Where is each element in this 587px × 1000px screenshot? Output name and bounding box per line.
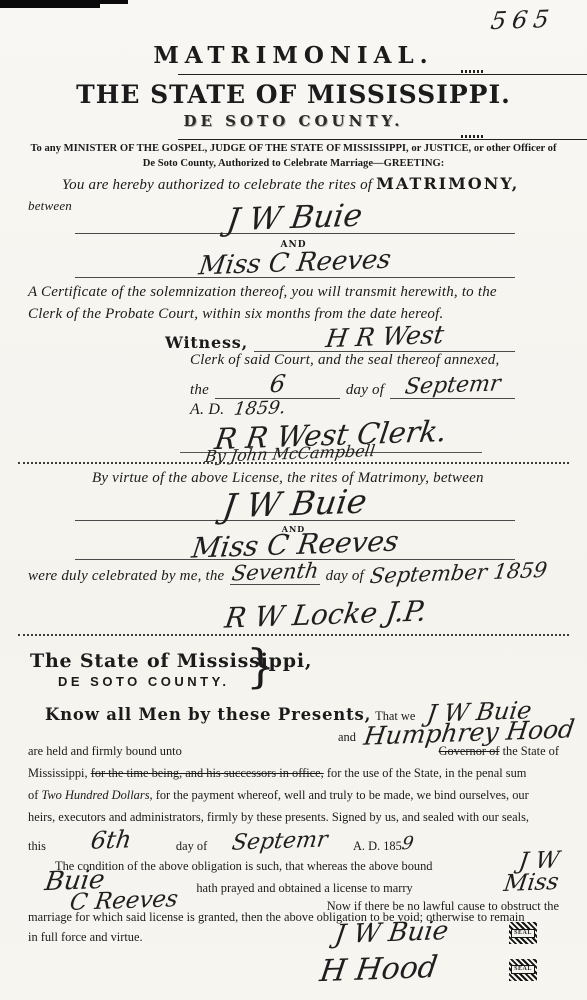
document-title: MATRIMONIAL.: [0, 42, 587, 69]
return-bride-line: Miss C Reeves: [75, 528, 515, 560]
force-virtue-text: in full force and virtue.: [28, 930, 143, 945]
page-number-handwritten: 565: [489, 5, 557, 35]
of-text: of: [28, 788, 38, 802]
ornamental-divider: [178, 74, 587, 75]
section-divider-wavy: [18, 462, 569, 464]
county-heading: DE SOTO COUNTY.: [0, 112, 587, 130]
groom-name-handwritten: J W Buie: [225, 198, 365, 239]
seal-stamp: SEAL: [509, 959, 537, 981]
month-blank: Septemr: [390, 373, 515, 399]
governor-struck-text: Governor of: [439, 744, 500, 758]
brace-glyph: }: [246, 644, 275, 688]
witness-row: Witness, H R West: [165, 322, 515, 352]
witness-name-line: H R West: [254, 322, 515, 352]
between-label: between: [28, 198, 72, 214]
principal-signature-handwritten: J W Buie: [333, 916, 450, 950]
and-label: and: [338, 730, 356, 744]
officiant-signature: R W Locke J.P.: [225, 598, 426, 631]
salutation-line-2: De Soto County, Authorized to Celebrate …: [0, 158, 587, 169]
state-of-text: the State of: [503, 744, 559, 758]
certificate-clause-line-1: A Certificate of the solemnization there…: [28, 284, 497, 301]
day-of-label: day of: [346, 382, 384, 399]
signature-row-2: H Hood SEAL: [320, 952, 537, 987]
authorization-text: You are hereby authorized to celebrate t…: [62, 177, 372, 193]
matrimony-word: MATRIMONY,: [376, 174, 519, 193]
certificate-clause-line-2: Clerk of the Probate Court, within six m…: [28, 306, 443, 323]
return-groom-handwritten: J W Buie: [220, 481, 369, 525]
scanned-marriage-license-document: 565 MATRIMONIAL. THE STATE OF MISSISSIPP…: [0, 0, 587, 1000]
seal-label: SEAL: [511, 929, 535, 938]
mississippi-text: Mississippi,: [28, 766, 88, 780]
penal-sum-amount: Two Hundred Dollars,: [41, 788, 152, 802]
the-label: the: [190, 382, 209, 399]
payment-text: for the payment whereof, well and truly …: [156, 788, 529, 802]
know-all-label: Know all Men by these Presents,: [45, 705, 371, 724]
celebrated-day-handwritten: Seventh: [230, 558, 320, 585]
day-of-label: day of: [326, 568, 364, 585]
officiant-signature-handwritten: R W Locke J.P.: [223, 594, 429, 634]
celebrated-row: were duly celebrated by me, the Seventh …: [28, 560, 547, 585]
celebrated-day-blank: Seventh: [230, 560, 319, 585]
seal-stamp: SEAL: [509, 922, 537, 944]
authorization-line: You are hereby authorized to celebrate t…: [62, 174, 519, 194]
this-label: this: [28, 839, 46, 854]
return-groom-line: J W Buie: [75, 484, 515, 521]
bride-name-line: Miss C Reeves: [75, 248, 515, 278]
bond-line-2: Mississippi, for the time being, and his…: [28, 766, 526, 781]
ad-label: A. D.: [190, 401, 224, 418]
ornamental-divider: [178, 139, 587, 140]
surety-signature-handwritten: H Hood: [318, 950, 440, 989]
bond-line-4: heirs, executors and administrators, fir…: [28, 810, 529, 825]
deputy-signature: By John McCampbell: [205, 444, 375, 464]
governor-clause: Governor of the State of: [439, 744, 559, 759]
seal-label: SEAL: [511, 965, 535, 974]
use-of-state-text: for the use of the State, in the penal s…: [327, 766, 527, 780]
signature-row-1: J W Buie SEAL: [335, 918, 537, 948]
successors-struck-text: for the time being, and his successors i…: [91, 766, 324, 780]
ad-year-row: A. D. 1859.: [190, 398, 286, 419]
celebrated-prefix: were duly celebrated by me, the: [28, 568, 224, 585]
salutation-line-1: To any MINISTER OF THE GOSPEL, JUDGE OF …: [0, 143, 587, 154]
year-handwritten: 1859.: [233, 397, 287, 420]
day-handwritten: 6: [268, 370, 287, 399]
surety-row: and Humphrey Hood: [338, 718, 574, 747]
section-divider-wavy: [18, 634, 569, 636]
celebrated-month-year-handwritten: September 1859: [368, 558, 548, 588]
license-date-row: the 6 day of Septemr: [190, 370, 515, 399]
bond-county-heading: DE SOTO COUNTY.: [58, 674, 229, 689]
groom-name-line: J W Buie: [75, 200, 515, 234]
bond-line-3: of Two Hundred Dollars, for the payment …: [28, 788, 529, 803]
clerk-seal-line: Clerk of said Court, and the seal thereo…: [190, 352, 499, 369]
bride-name-handwritten: Miss C Reeves: [197, 245, 393, 282]
witness-name-handwritten: H R West: [324, 320, 446, 353]
witness-label: Witness,: [165, 333, 248, 352]
day-blank: 6: [215, 370, 340, 399]
month-handwritten: Septemr: [403, 371, 502, 399]
scan-artifact: [0, 3, 100, 8]
bond-line-1: are held and firmly bound unto Governor …: [28, 744, 559, 759]
held-text: are held and firmly bound unto: [28, 744, 182, 759]
state-heading: THE STATE OF MISSISSIPPI.: [0, 80, 587, 109]
